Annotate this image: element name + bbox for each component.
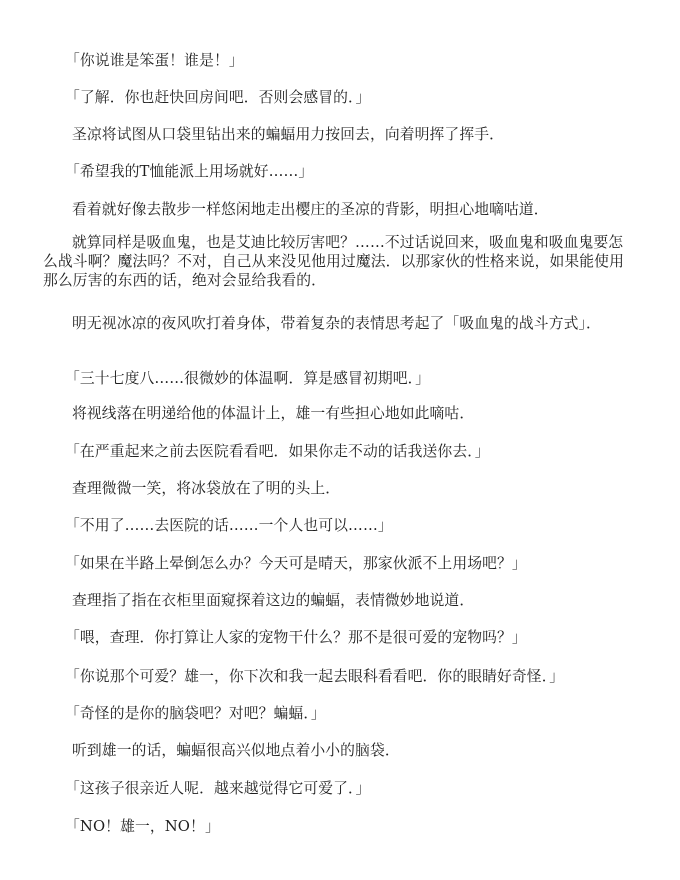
- document-page: 「你说谁是笨蛋！谁是！」 「了解．你也赶快回房间吧．否则会感冒的．」 圣凉将试图…: [0, 0, 680, 880]
- paragraph-dialogue-1: 「你说谁是笨蛋！谁是！」: [43, 51, 625, 70]
- paragraph-dialogue-12: 「不用了……去医院的话……一个人也可以……」: [43, 516, 625, 535]
- paragraph-narration-11: 查理微微一笑，将冰袋放在了明的头上．: [43, 479, 625, 498]
- paragraph-dialogue-10: 「在严重起来之前去医院看看吧．如果你走不动的话我送你去．」: [43, 442, 625, 461]
- paragraph-dialogue-20: 「NO！雄一，NO！」: [43, 817, 625, 836]
- paragraph-dialogue-13: 「如果在半路上晕倒怎么办？今天可是晴天，那家伙派不上用场吧？」: [43, 554, 625, 573]
- paragraph-dialogue-19: 「这孩子很亲近人呢．越来越觉得它可爱了．」: [43, 779, 625, 798]
- paragraph-dialogue-2: 「了解．你也赶快回房间吧．否则会感冒的．」: [43, 88, 625, 107]
- paragraph-narration-18: 听到雄一的话，蝙蝠很高兴似地点着小小的脑袋．: [43, 741, 625, 760]
- paragraph-dialogue-8: 「三十七度八……很微妙的体温啊．算是感冒初期吧．」: [43, 369, 625, 388]
- paragraph-dialogue-16: 「你说那个可爱？雄一，你下次和我一起去眼科看看吧．你的眼睛好奇怪．」: [43, 667, 625, 686]
- paragraph-dialogue-15: 「喂，查理．你打算让人家的宠物干什么？那不是很可爱的宠物吗？」: [43, 628, 625, 647]
- paragraph-narration-9: 将视线落在明递给他的体温计上，雄一有些担心地如此嘀咕．: [43, 404, 625, 423]
- paragraph-dialogue-17: 「奇怪的是你的脑袋吧？对吧？蝙蝠．」: [43, 704, 625, 723]
- paragraph-dialogue-4: 「希望我的T恤能派上用场就好……」: [43, 162, 625, 181]
- paragraph-narration-5: 看着就好像去散步一样悠闲地走出樱庄的圣凉的背影，明担心地嘀咕道．: [43, 200, 625, 219]
- paragraph-narration-6: 就算同样是吸血鬼，也是艾迪比较厉害吧？……不过话说回来，吸血鬼和吸血鬼要怎么战斗…: [43, 233, 625, 290]
- paragraph-narration-7: 明无视冰凉的夜风吹打着身体，带着复杂的表情思考起了「吸血鬼的战斗方式」．: [43, 314, 625, 333]
- paragraph-narration-14: 查理指了指在衣柜里面窥探着这边的蝙蝠，表情微妙地说道．: [43, 591, 625, 610]
- paragraph-narration-3: 圣凉将试图从口袋里钻出来的蝙蝠用力按回去，向着明挥了挥手．: [43, 125, 625, 144]
